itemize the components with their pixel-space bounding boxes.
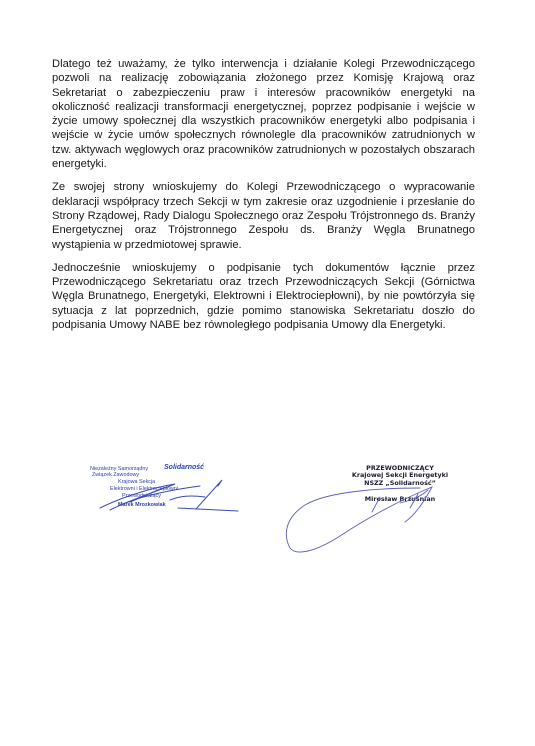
left-signature-stamp: Niezależny Samorządny Związek Zawodowy K… bbox=[88, 466, 228, 516]
paragraph-1: Dlatego też uważamy, że tylko interwencj… bbox=[52, 57, 475, 171]
stamp-signer-name: Marek Mrozkowiak bbox=[118, 502, 166, 508]
stamp-union: NSZZ „Solidarność” bbox=[340, 480, 460, 487]
stamp-line: Związek Zawodowy bbox=[92, 472, 139, 478]
solidarnosc-logo: Solidarność bbox=[164, 465, 204, 471]
letter-body: Dlatego też uważamy, że tylko interwencj… bbox=[52, 57, 475, 341]
stamp-signer-name: Mirosław Brzuśnian bbox=[340, 496, 460, 503]
paragraph-3: Jednocześnie wnioskujemy o podpisanie ty… bbox=[52, 261, 475, 332]
document-page: Dlatego też uważamy, że tylko interwencj… bbox=[0, 0, 535, 746]
stamp-line: Przewodniczący bbox=[122, 493, 161, 499]
paragraph-2: Ze swojej strony wnioskujemy do Kolegi P… bbox=[52, 180, 475, 251]
stamp-line: Krajowa Sekcja bbox=[118, 479, 155, 485]
right-signature-stamp: PRZEWODNICZĄCY Krajowej Sekcji Energetyk… bbox=[340, 465, 460, 504]
stamp-line: Elektrowni i Elektrociepłowni bbox=[110, 486, 178, 492]
